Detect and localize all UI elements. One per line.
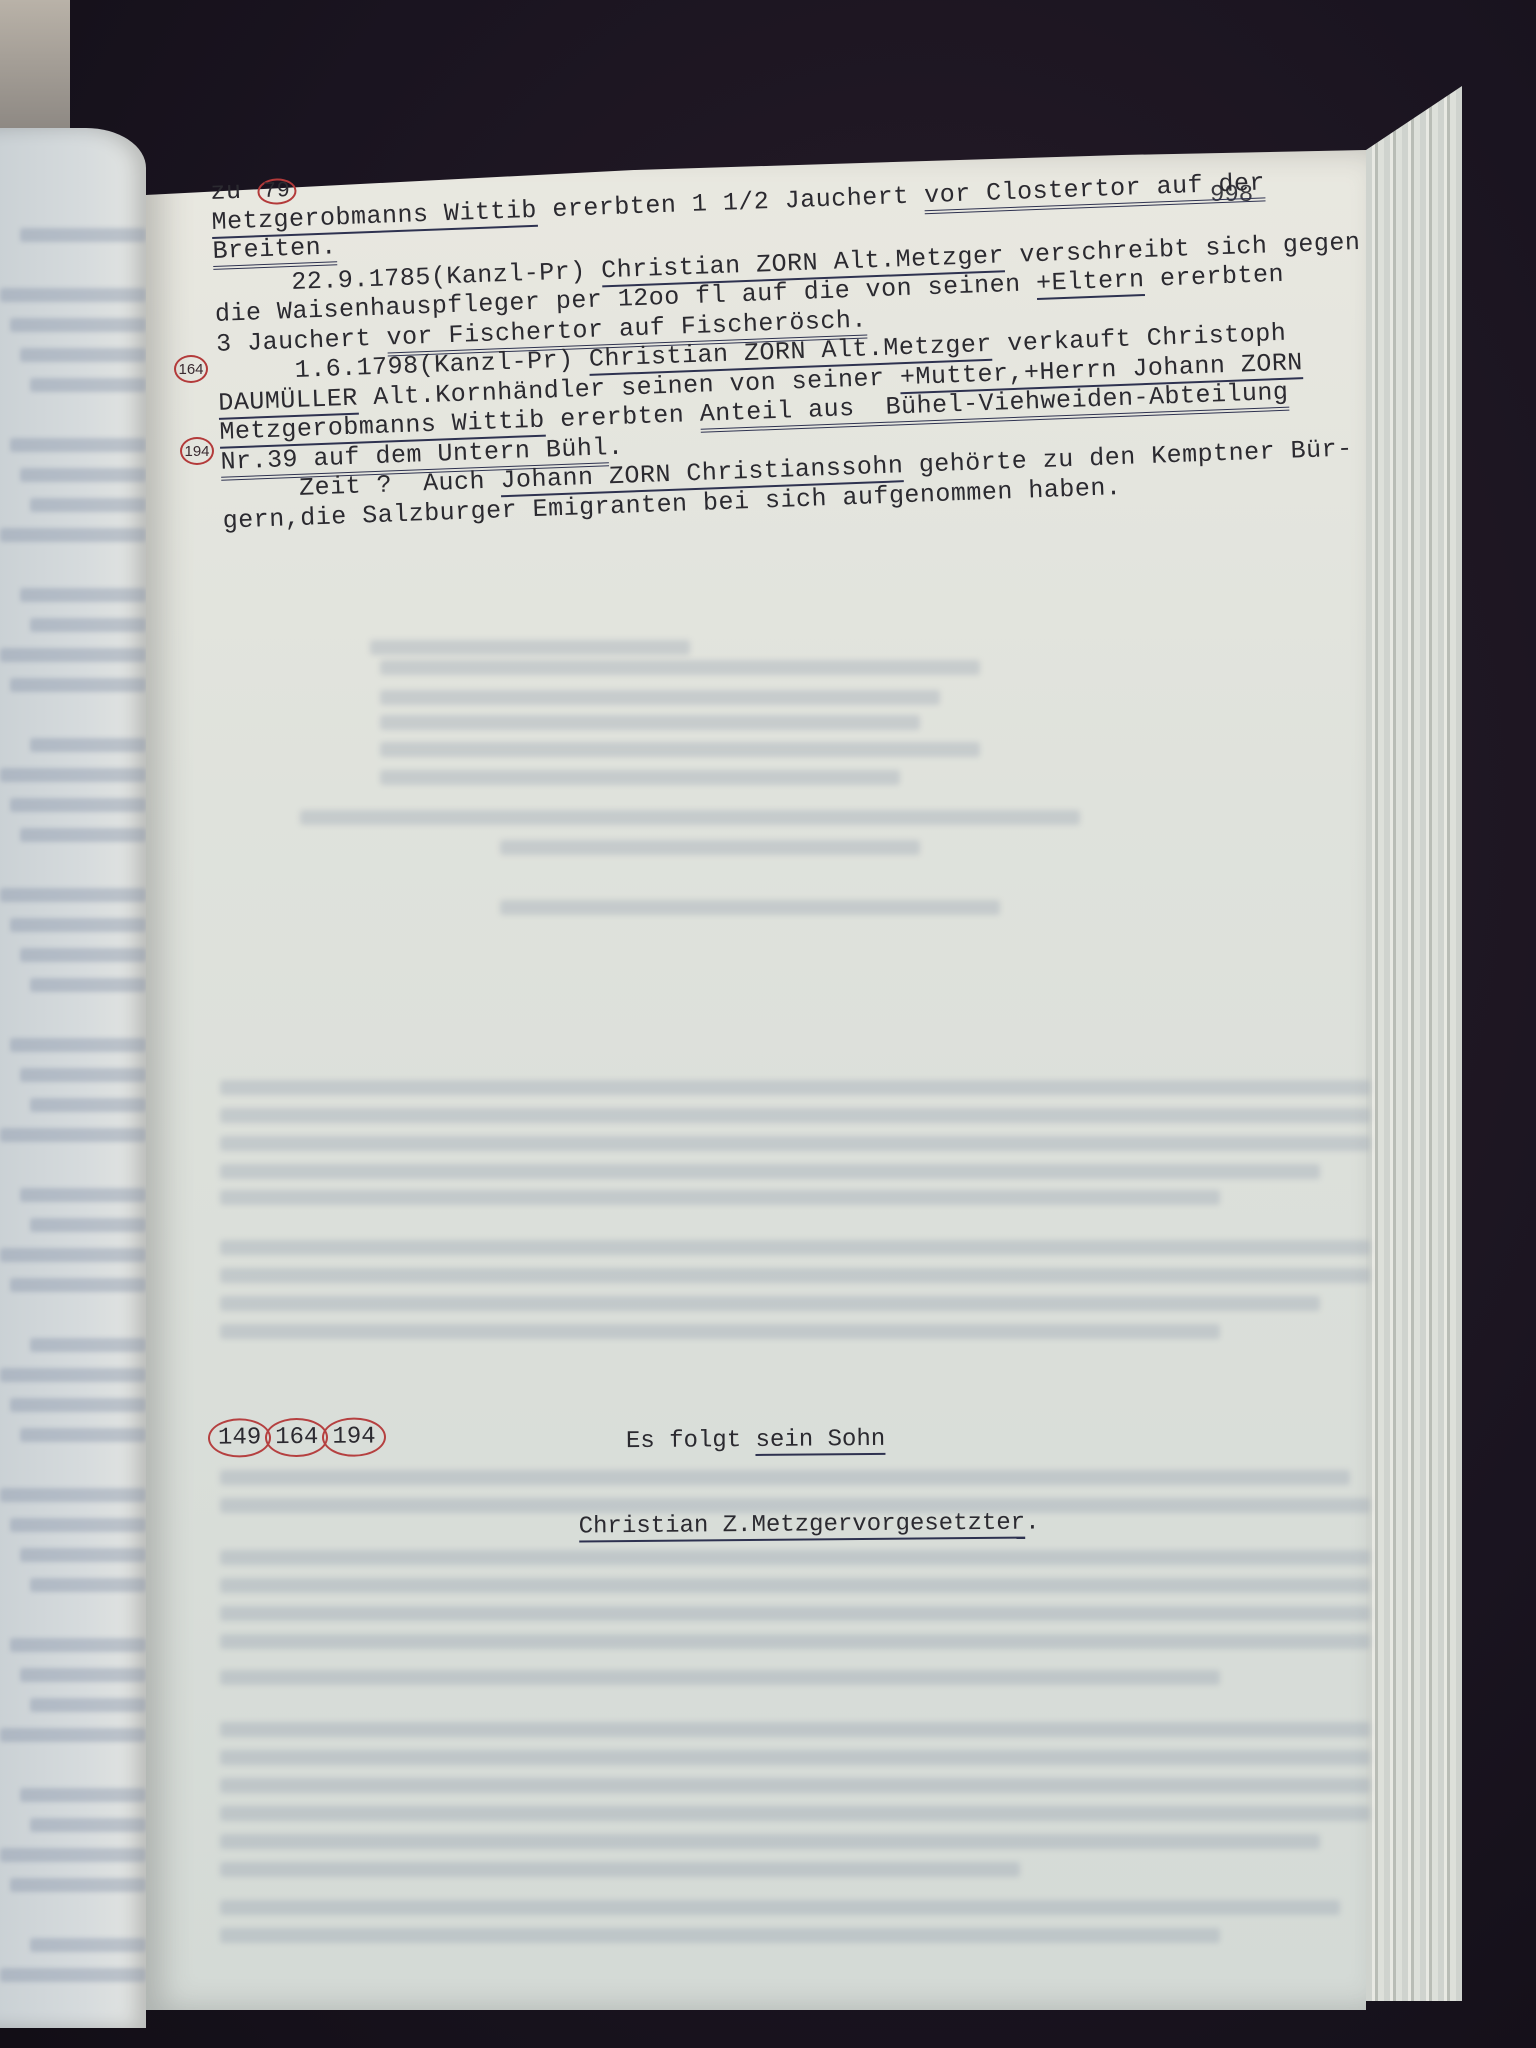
mirrored-text — [0, 1368, 146, 1382]
mirrored-text — [20, 1548, 146, 1562]
bleed-through-text — [370, 640, 690, 655]
bleed-through-text — [220, 1550, 1370, 1565]
mirrored-text — [20, 828, 146, 842]
mirrored-text — [20, 468, 146, 482]
ref-149: 149 — [208, 1418, 271, 1457]
bleed-through-text — [220, 1108, 1370, 1123]
bleed-through-text — [220, 1268, 1370, 1283]
mirrored-text — [30, 1218, 146, 1232]
bleed-through-text — [220, 1296, 1320, 1311]
mirrored-text — [20, 348, 146, 362]
mirrored-text — [30, 1818, 146, 1832]
bleed-through-text — [380, 715, 920, 730]
bleed-through-text — [500, 900, 1000, 915]
facing-page-left — [0, 128, 146, 2028]
ref-194: 194 — [322, 1417, 385, 1456]
bleed-through-text — [220, 1498, 1370, 1513]
bleed-through-text — [220, 1900, 1340, 1915]
mirrored-text — [30, 1338, 146, 1352]
bleed-through-text — [220, 1470, 1350, 1485]
bleed-through-text — [380, 770, 900, 785]
mirrored-text — [30, 1098, 146, 1112]
mirrored-text — [20, 948, 146, 962]
mirrored-text — [30, 1938, 146, 1952]
mirrored-text — [20, 1668, 146, 1682]
mirrored-text — [10, 1278, 146, 1292]
bleed-through-text — [220, 1750, 1370, 1765]
mirrored-text — [0, 528, 146, 542]
mirrored-text — [0, 648, 146, 662]
text-line: zu 79 — [210, 177, 297, 207]
margin-mark-164: 164 — [174, 355, 208, 383]
text-run: ererbten — [1144, 260, 1285, 294]
bleed-through-text — [220, 1634, 1370, 1649]
text-run: ererbten — [544, 400, 700, 435]
underlined-text: +Eltern — [1036, 265, 1146, 300]
mirrored-text — [30, 1578, 146, 1592]
bleed-through-text — [220, 1806, 1370, 1821]
bleed-through-text — [380, 690, 940, 705]
bleed-through-text — [220, 1136, 1370, 1151]
mirrored-text — [30, 978, 146, 992]
mirrored-text — [20, 1188, 146, 1202]
reference-numbers: 149 164 194 — [214, 1417, 386, 1457]
son-name: Christian Z.Metzgervorgesetzter — [579, 1510, 1026, 1543]
mirrored-text — [0, 768, 146, 782]
bleed-through-text — [380, 660, 980, 675]
book-bookmark — [0, 0, 70, 140]
mirrored-text — [20, 1428, 146, 1442]
mirrored-text — [30, 738, 146, 752]
mirrored-text — [20, 228, 146, 242]
bleed-through-text — [220, 1578, 1370, 1593]
bleed-through-text — [220, 1670, 1220, 1685]
mirrored-text — [0, 1848, 146, 1862]
mirrored-text — [10, 798, 146, 812]
mirrored-text — [10, 438, 146, 452]
bleed-through-text — [220, 1080, 1370, 1095]
mirrored-text — [30, 498, 146, 512]
bleed-through-text — [220, 1722, 1370, 1737]
page-edges — [1366, 86, 1462, 2001]
mirrored-text — [30, 1698, 146, 1712]
bleed-through-text — [380, 742, 980, 757]
margin-mark-194: 194 — [180, 437, 214, 465]
bleed-through-text — [220, 1324, 1220, 1339]
bleed-through-text — [300, 810, 1080, 825]
underlined-text: Breiten. — [212, 232, 337, 270]
mirrored-text — [0, 1128, 146, 1142]
mirrored-text — [20, 1788, 146, 1802]
ref-164: 164 — [265, 1418, 328, 1457]
son-note-underlined: sein Sohn — [755, 1426, 885, 1456]
mirrored-text — [0, 288, 146, 302]
mirrored-text — [30, 378, 146, 392]
mirrored-text — [10, 1038, 146, 1052]
text-run: zu — [210, 176, 258, 207]
bleed-through-text — [220, 1190, 1220, 1205]
mirrored-text — [20, 588, 146, 602]
mirrored-text — [0, 1488, 146, 1502]
bleed-through-text — [500, 840, 920, 855]
bleed-through-text — [220, 1862, 1020, 1877]
mirrored-text — [0, 1728, 146, 1742]
text-run: . — [607, 432, 624, 462]
mirrored-text — [10, 1398, 146, 1412]
bleed-through-text — [220, 1606, 1370, 1621]
bleed-through-text — [220, 1834, 1320, 1849]
son-name-period: . — [1025, 1509, 1040, 1536]
son-note-prefix: Es folgt — [626, 1427, 756, 1455]
mirrored-text — [10, 1638, 146, 1652]
mirrored-text — [10, 318, 146, 332]
mirrored-text — [0, 888, 146, 902]
text-line: Breiten. — [212, 234, 337, 264]
mirrored-text — [10, 1878, 146, 1892]
mirrored-text — [10, 678, 146, 692]
mirrored-text — [0, 1248, 146, 1262]
mirrored-text — [20, 1068, 146, 1082]
mirrored-text — [30, 618, 146, 632]
bleed-through-text — [220, 1240, 1370, 1255]
bleed-through-text — [220, 1928, 1220, 1943]
bleed-through-text — [220, 1778, 1370, 1793]
margin-mark-79: 79 — [257, 178, 297, 205]
mirrored-text — [10, 918, 146, 932]
bleed-through-text — [220, 1164, 1320, 1179]
mirrored-text — [0, 1968, 146, 1982]
mirrored-text — [10, 1518, 146, 1532]
